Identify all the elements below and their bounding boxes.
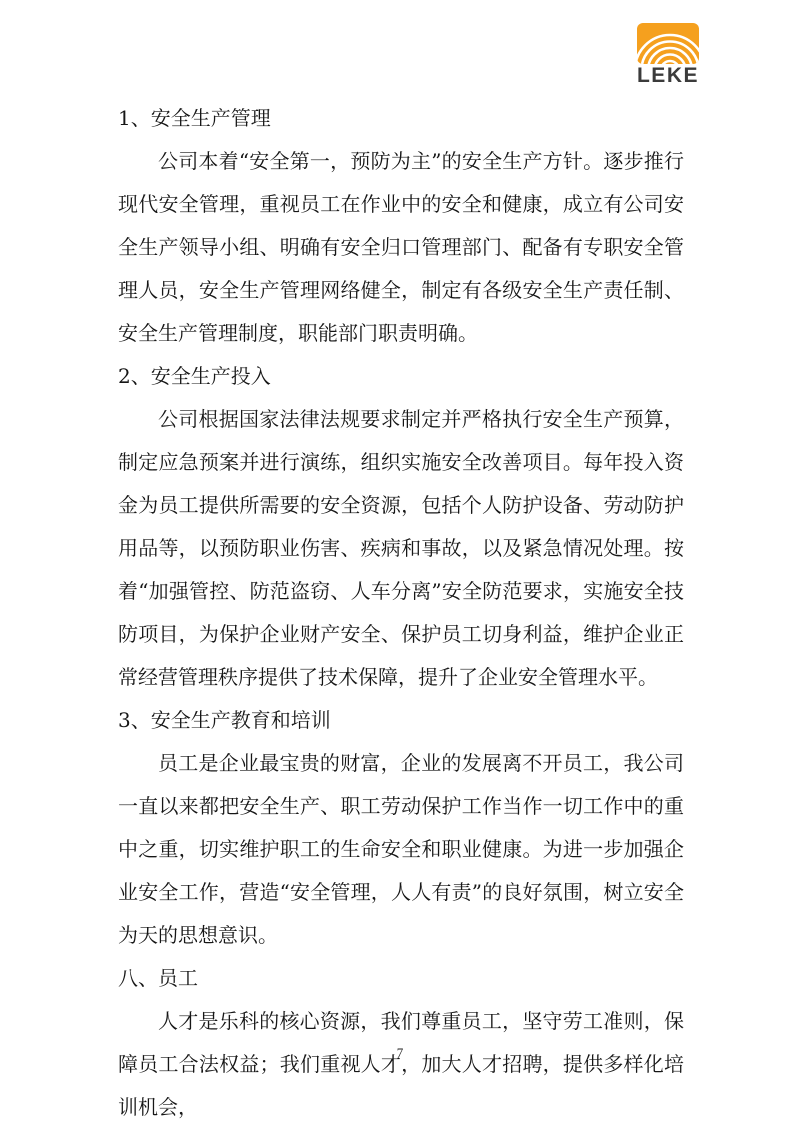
document-page: LEKE 1、安全生产管理公司本着“安全第一，预防为主”的安全生产方针。逐步推行…: [0, 0, 800, 1132]
section-heading: 3、安全生产教育和培训: [118, 699, 684, 742]
body-paragraph: 员工是企业最宝贵的财富，企业的发展离不开员工，我公司一直以来都把安全生产、职工劳…: [118, 742, 684, 957]
body-paragraph: 公司根据国家法律法规要求制定并严格执行安全生产预算，制定应急预案并进行演练，组织…: [118, 398, 684, 699]
section-heading: 八、员工: [118, 957, 684, 1000]
body-paragraph: 人才是乐科的核心资源，我们尊重员工，坚守劳工准则，保障员工合法权益；我们重视人才…: [118, 1000, 684, 1129]
section-heading: 1、安全生产管理: [118, 97, 684, 140]
company-logo: LEKE: [635, 23, 701, 87]
document-body: 1、安全生产管理公司本着“安全第一，预防为主”的安全生产方针。逐步推行现代安全管…: [118, 97, 684, 1129]
section-heading: 2、安全生产投入: [118, 355, 684, 398]
leke-logo-icon: [637, 23, 699, 64]
page-number: 7: [0, 1044, 800, 1062]
body-paragraph: 公司本着“安全第一，预防为主”的安全生产方针。逐步推行现代安全管理，重视员工在作…: [118, 140, 684, 355]
logo-wordmark: LEKE: [635, 65, 701, 87]
